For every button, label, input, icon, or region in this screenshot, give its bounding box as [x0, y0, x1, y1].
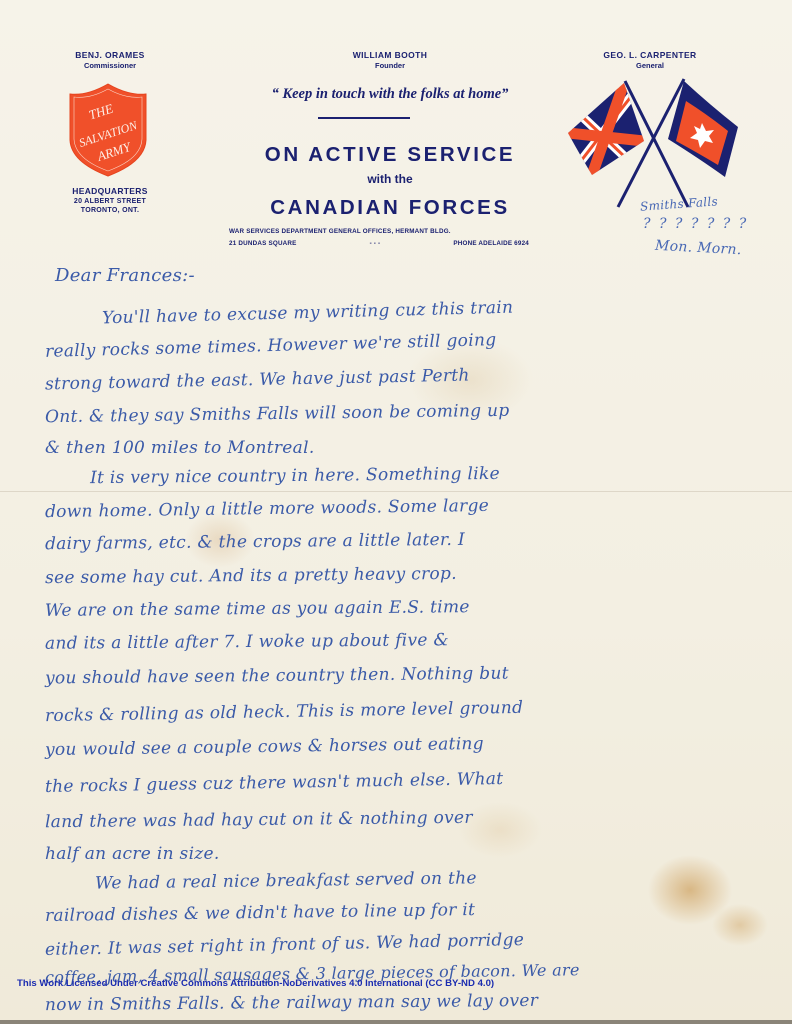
title-with-the: with the — [220, 172, 560, 186]
letter-line: and its a little after 7. I woke up abou… — [45, 630, 449, 654]
salvation-army-flag-icon — [668, 81, 738, 177]
commissioner-title: Commissioner — [60, 61, 160, 70]
general-title: General — [585, 61, 715, 70]
general-name: GEO. L. CARPENTER — [585, 50, 715, 60]
license-notice: This Work Licensed Under Creative Common… — [17, 978, 494, 989]
address-dashes: - - - — [370, 240, 381, 247]
letter-line: half an acre in size. — [45, 844, 220, 864]
headquarters-city: TORONTO, ONT. — [50, 207, 170, 214]
page-bottom-edge — [0, 1020, 792, 1024]
address-phone: PHONE ADELAIDE 6924 — [453, 240, 529, 247]
letter-line: & then 100 miles to Montreal. — [45, 438, 315, 458]
department-line: WAR SERVICES DEPARTMENT GENERAL OFFICES,… — [229, 228, 451, 235]
headquarters-block: HEADQUARTERS 20 ALBERT STREET TORONTO, O… — [50, 186, 170, 214]
corner-note-questions: ? ? ? ? ? ? ? — [643, 216, 748, 232]
motto: “ Keep in touch with the folks at home” — [220, 86, 560, 103]
headquarters-label: HEADQUARTERS — [50, 186, 170, 196]
salvation-army-shield-logo: THE SALVATION ARMY — [67, 82, 149, 178]
paper-fold-line — [0, 491, 792, 492]
founder-title: Founder — [320, 61, 460, 70]
salutation: Dear Frances:- — [55, 265, 195, 286]
title-on-active-service: ON ACTIVE SERVICE — [220, 143, 560, 167]
commissioner-name: BENJ. ORAMES — [60, 50, 160, 60]
headquarters-street: 20 ALBERT STREET — [50, 198, 170, 205]
motto-divider — [318, 117, 410, 119]
address-line: 21 DUNDAS SQUARE - - - PHONE ADELAIDE 69… — [229, 240, 529, 247]
title-canadian-forces: CANADIAN FORCES — [220, 196, 560, 220]
founder-name: WILLIAM BOOTH — [320, 50, 460, 60]
address-square: 21 DUNDAS SQUARE — [229, 240, 297, 247]
letter-line: We are on the same time as you again E.S… — [45, 597, 470, 621]
crossed-flags-icon — [560, 75, 750, 215]
